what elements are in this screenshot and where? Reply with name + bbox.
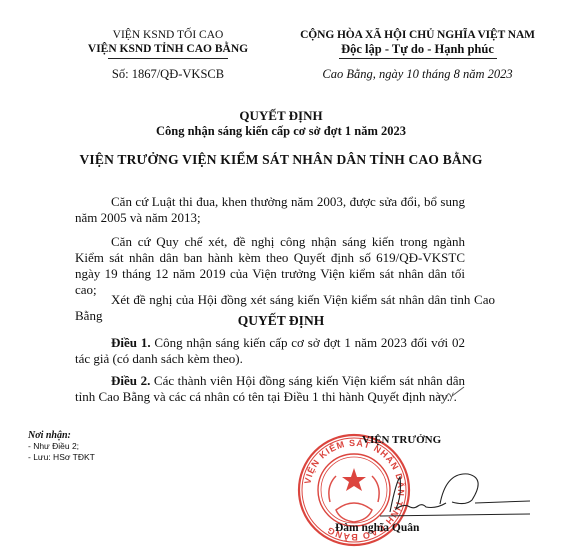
article-label: Điều 2. (111, 373, 150, 388)
article-label: Điều 1. (111, 335, 151, 350)
nation-name: CỘNG HÒA XÃ HỘI CHỦ NGHĨA VIỆT NAM (285, 28, 550, 42)
place-date: Cao Bằng, ngày 10 tháng 8 năm 2023 (285, 67, 550, 81)
recipient-item: - Như Điều 2; (28, 441, 95, 452)
header-right: CỘNG HÒA XÃ HỘI CHỦ NGHĨA VIỆT NAM Độc l… (285, 28, 550, 81)
document-number: Số: 1867/QĐ-VKSCB (68, 67, 268, 81)
agency-name: VIỆN KSND TỈNH CAO BẰNG (68, 42, 268, 56)
agency-parent: VIỆN KSND TỐI CAO (68, 28, 268, 42)
recipients-label: Nơi nhận: (28, 430, 95, 441)
preamble-paragraph: Căn cứ Quy chế xét, đề nghị công nhận sá… (75, 234, 465, 298)
initials-mark-icon (436, 386, 466, 404)
recipients-block: Nơi nhận: - Như Điều 2; - Lưu: HSơ TĐKT (28, 430, 95, 463)
document-subject: Công nhận sáng kiến cấp cơ sở đợt 1 năm … (0, 124, 562, 139)
preamble-text: Căn cứ Quy chế xét, đề nghị công nhận sá… (75, 234, 465, 297)
preamble-text: Căn cứ Luật thi đua, khen thưởng năm 200… (75, 194, 465, 225)
article-1: Điều 1. Công nhận sáng kiến cấp cơ sở đợ… (75, 335, 465, 367)
preamble-paragraph: Căn cứ Luật thi đua, khen thưởng năm 200… (75, 194, 465, 226)
article-2: Điều 2. Các thành viên Hội đồng sáng kiế… (75, 373, 465, 405)
national-motto: Độc lập - Tự do - Hạnh phúc (285, 42, 550, 56)
signer-title: VIỆN TRƯỞNG (362, 434, 441, 446)
document-type: QUYẾT ĐỊNH (0, 108, 562, 124)
issuing-authority: VIỆN TRƯỞNG VIỆN KIỂM SÁT NHÂN DÂN TỈNH … (0, 152, 562, 168)
signature-icon (380, 470, 530, 520)
recipient-item: - Lưu: HSơ TĐKT (28, 452, 95, 463)
header-left: VIỆN KSND TỐI CAO VIỆN KSND TỈNH CAO BẰN… (68, 28, 268, 81)
decision-heading: QUYẾT ĐỊNH (0, 313, 562, 329)
header-left-rule (108, 58, 228, 59)
header-right-rule (339, 58, 497, 59)
signer-name: Đàm nghĩa Quân (335, 522, 419, 534)
